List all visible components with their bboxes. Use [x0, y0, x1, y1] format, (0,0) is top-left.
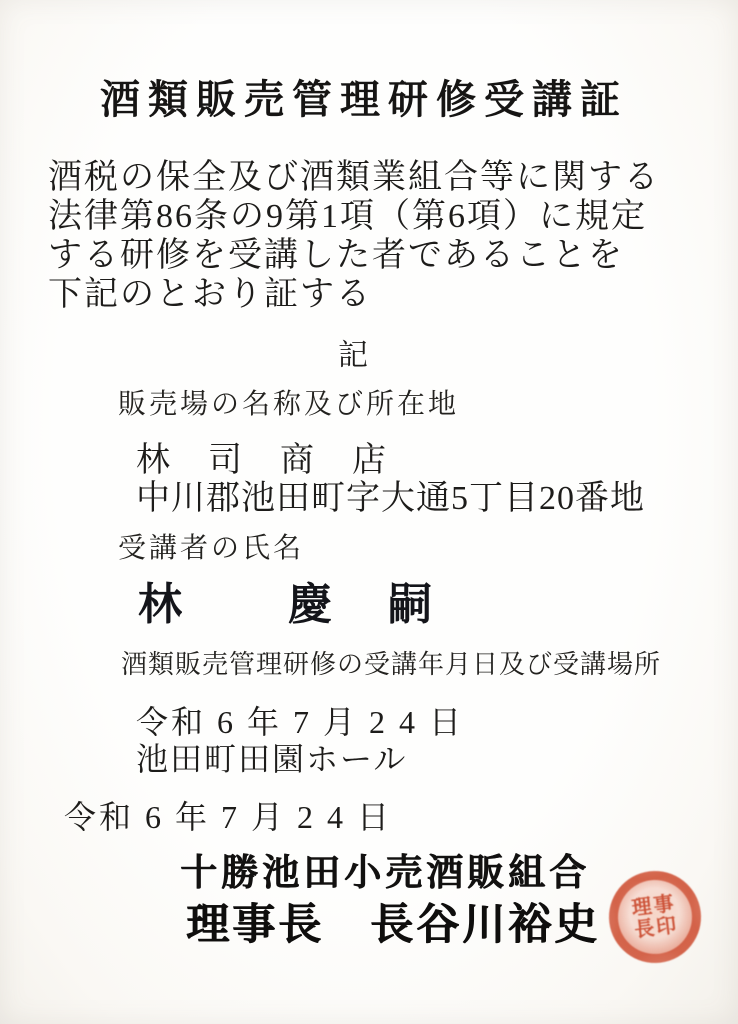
body-line-3: する研修を受講した者であることを [48, 236, 624, 275]
attendee-section-label: 受講者の氏名 [118, 526, 304, 566]
organization-name: 十勝池田小売酒販組合 [180, 842, 590, 896]
body-line-2: 法律第86条の9第1項（第6項）に規定 [48, 197, 647, 236]
chairman-seal-stamp: 理事長印 [604, 866, 707, 969]
body-line-1: 酒税の保全及び酒類業組合等に関する [48, 158, 660, 197]
issue-date: 令和 6 年 7 月 2 4 日 [64, 792, 392, 838]
certificate-title: 酒類販売管理研修受講証 [100, 68, 628, 125]
certificate-page: 酒類販売管理研修受講証 酒税の保全及び酒類業組合等に関する 法律第86条の9第1… [0, 0, 738, 1024]
body-line-4: 下記のとおり証する [48, 275, 372, 314]
record-heading: 記 [338, 330, 370, 374]
store-address: 中川郡池田町字大通5丁目20番地 [136, 470, 645, 519]
chairman-signature: 理事長 長谷川裕史 [186, 891, 600, 952]
seal-text: 理事長印 [630, 892, 679, 941]
attendee-name: 林 慶 嗣 [138, 568, 438, 632]
training-place: 池田町田園ホール [136, 734, 407, 780]
store-section-label: 販売場の名称及び所在地 [118, 382, 459, 422]
training-section-label: 酒類販売管理研修の受講年月日及び受講場所 [121, 644, 661, 681]
